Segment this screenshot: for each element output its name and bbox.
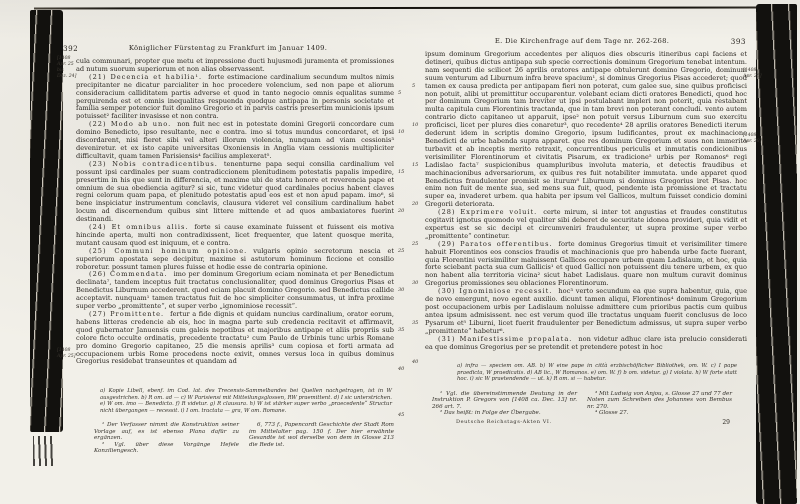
line-number: 45	[398, 412, 404, 418]
right-page-footer: Deutsche Reichstags-Akten VI. 29	[446, 419, 746, 427]
footnote: ¹ Der Verfasser nimmt die Konstruktion s…	[94, 422, 239, 442]
glosse-headword: (27) Promittente.	[89, 310, 164, 318]
glosse-paragraph: (24) Et omnibus aliis.forte si cause exa…	[76, 224, 394, 248]
glosse-headword: (25) Communi hominum opinione.	[89, 247, 247, 255]
footnote: ¹ Vgl. die übereinstimmende Deutung in d…	[432, 391, 577, 411]
line-number: 30	[398, 287, 404, 293]
glosse-paragraph: (25) Communi hominum opinione.vulgaris o…	[76, 248, 394, 272]
right-running-head: E. Die Kirchenfrage auf dem Tage nr. 262…	[412, 37, 752, 45]
line-number: 5	[412, 83, 415, 89]
right-page-text: ipsum dominum Gregorium accedentes per a…	[425, 51, 747, 351]
glosse-headword: (30) Ignominiose recessit.	[438, 287, 552, 295]
glosse-headword: (29) Paratos offerentibus.	[438, 240, 553, 248]
left-page-number: 392	[63, 44, 78, 53]
left-page-text: cula communari, propter que metu et impr…	[76, 58, 394, 366]
glosse-text: hoc³ verto secundum ea que supra habentu…	[425, 287, 747, 335]
volume-signature: Deutsche Reichstags-Akten VI.	[456, 419, 552, 425]
line-number: 25	[412, 241, 418, 247]
line-number: 40	[412, 359, 418, 365]
glosse-paragraph: (31) Manifestissime propalata.non videtu…	[425, 336, 747, 352]
glosse-headword: (23) Nobis contradicentibus.	[89, 160, 218, 168]
margin-date-note: [1408	[57, 56, 70, 62]
line-number: 35	[412, 320, 418, 326]
glosse-text: fertur a fide dignis et quidam nuncius c…	[76, 310, 394, 365]
glosse-paragraph: (26) Commendata.imo per dominum Gregoriu…	[76, 271, 394, 311]
margin-date-note: [1408	[743, 133, 756, 139]
footnote: ³ Mit Ludwig von Anjou, s. Glosse 27 und…	[587, 391, 732, 411]
glosse-text: tenenturne papa sequi consilia cardinali…	[76, 160, 394, 223]
margin-date-note: bis	[57, 68, 64, 74]
line-number: 20	[412, 201, 418, 207]
right-footnotes: ¹ Vgl. die übereinstimmende Deutung in d…	[432, 391, 732, 417]
glosse-paragraph: (28) Exprimere voluit.certe mirum, si in…	[425, 209, 747, 241]
glosse-paragraph: (30) Ignominiose recessit.hoc³ verto sec…	[425, 288, 747, 335]
glosse-text: cula communari, propter que metu et impr…	[76, 57, 394, 73]
scan-edge-top-line	[34, 6, 788, 9]
scan-blotch-bottom-left	[33, 436, 53, 466]
line-number: 10	[398, 129, 404, 135]
left-running-head: Königlicher Fürstentag zu Frankfurt im J…	[60, 44, 396, 52]
footnote: ⁴ Glosse 27.	[587, 410, 732, 417]
left-footnotes: ¹ Der Verfasser nimmt die Konstruktion s…	[94, 422, 394, 455]
left-page-header: 392 Königlicher Fürstentag zu Frankfurt …	[60, 44, 396, 55]
margin-date-note: [1408	[57, 348, 70, 354]
glosse-text: forte dominus Gregorius timuit et verisi…	[425, 240, 747, 288]
glosse-paragraph: (29) Paratos offerentibus.forte dominus …	[425, 241, 747, 288]
glosse-paragraph: ipsum dominum Gregorium accedentes per a…	[425, 51, 747, 209]
line-number: 35	[398, 327, 404, 333]
scanned-book-spread: 392 Königlicher Fürstentag zu Frankfurt …	[0, 0, 800, 504]
right-apparatus-notes: a) infra — speciem om. AB. b) W eine pap…	[457, 363, 737, 382]
margin-date-note: Apr. 25	[57, 62, 74, 68]
glosse-paragraph: (22) Modo ab uno.non fuit nec est in pot…	[76, 121, 394, 161]
book-page-edges-right	[756, 4, 797, 504]
left-page: 392 Königlicher Fürstentag zu Frankfurt …	[60, 44, 396, 455]
line-number: 15	[398, 169, 404, 175]
glosse-headword: (24) Et omnibus aliis.	[89, 223, 188, 231]
margin-date-note: Dez. 24]	[57, 74, 76, 80]
margin-date-note: [1408	[743, 68, 756, 74]
glosse-headword: (31) Manifestissime propalata.	[438, 335, 572, 343]
footnote: ² Das heißt: in Folge der Übergabe.	[432, 410, 577, 417]
right-page: E. Die Kirchenfrage auf dem Tage nr. 262…	[412, 37, 752, 427]
line-number: 20	[398, 208, 404, 214]
glosse-text: ipsum dominum Gregorium accedentes per a…	[425, 50, 747, 208]
glosse-headword: (26) Commendata.	[89, 270, 168, 278]
line-number: 25	[398, 248, 404, 254]
glosse-headword: (28) Exprimere voluit.	[438, 208, 537, 216]
right-page-number: 393	[731, 37, 746, 46]
glosse-paragraph: (27) Promittente.fertur a fide dignis et…	[76, 311, 394, 366]
margin-date-note: Apr. 28]	[743, 139, 762, 145]
line-number: 5	[398, 90, 401, 96]
margin-date-note: Apr. 26]	[743, 74, 762, 80]
left-apparatus-notes: a) Kopie Libell, ebenf. im Cod. lat. des…	[100, 388, 392, 414]
glosse-paragraph: cula communari, propter que metu et impr…	[76, 58, 394, 74]
glosse-paragraph: (23) Nobis contradicentibus.tenenturne p…	[76, 161, 394, 224]
footnote: ² Vgl. über diese Vorgänge Hefele Konzil…	[94, 442, 239, 455]
glosse-headword: (21) Decencia et habilia¹.	[89, 73, 202, 81]
sheet-number: 29	[722, 419, 730, 426]
right-page-header: E. Die Kirchenfrage auf dem Tage nr. 262…	[412, 37, 752, 48]
glosse-headword: (22) Modo ab uno.	[89, 120, 171, 128]
footnote: 6, 773 f., Papencordt Geschichte der Sta…	[249, 422, 394, 448]
glosse-text: forte estimacione cardinalium secundum m…	[76, 73, 394, 121]
line-number: 40	[398, 366, 404, 372]
margin-date-note: Apr. 25]	[57, 354, 76, 360]
glosse-paragraph: (21) Decencia et habilia¹.forte estimaci…	[76, 74, 394, 121]
line-number: 30	[412, 280, 418, 286]
line-number: 10	[412, 122, 418, 128]
line-number: 15	[412, 162, 418, 168]
